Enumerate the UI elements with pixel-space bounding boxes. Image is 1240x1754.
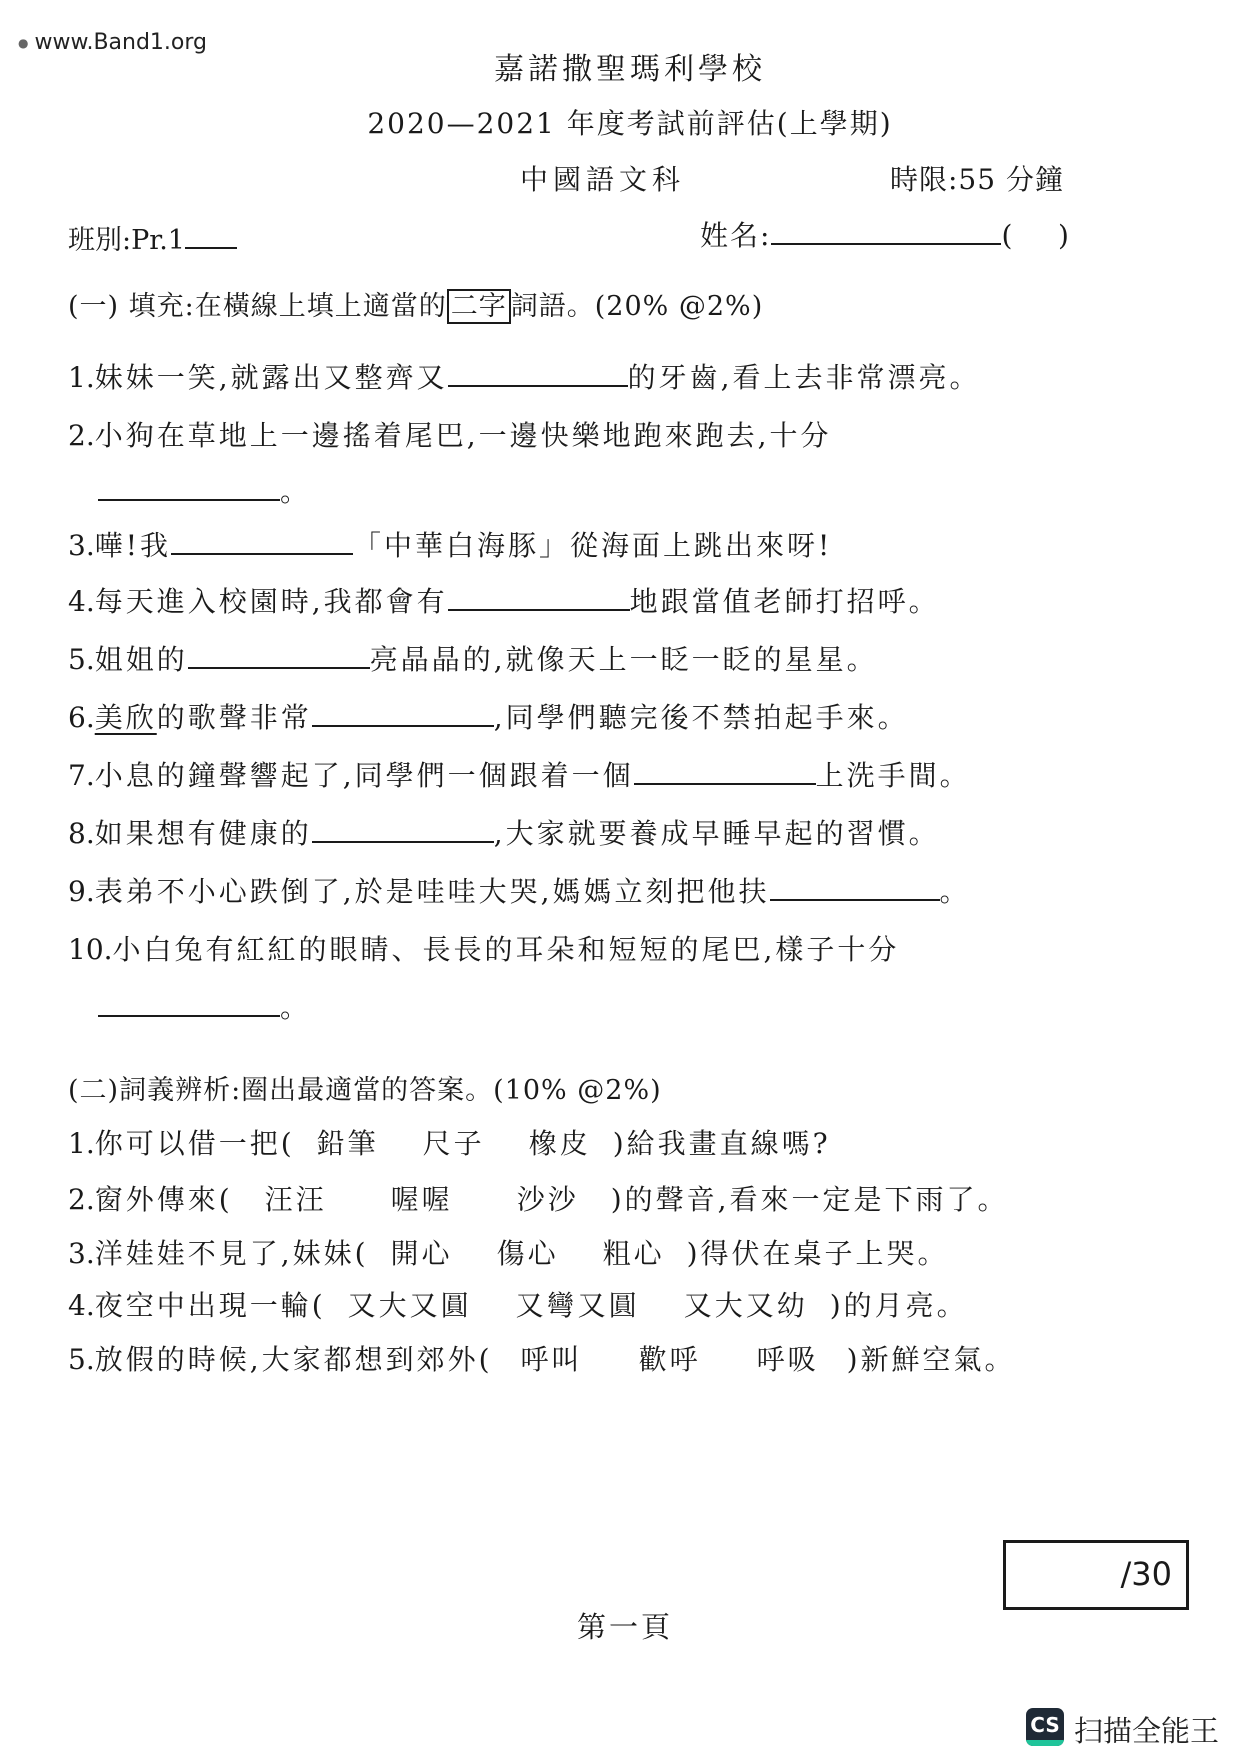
class-blank[interactable] [185, 223, 237, 249]
option-2[interactable]: 尺子 [423, 1122, 485, 1162]
question-number: 9. [68, 875, 95, 908]
fill-question-8: 8.如果想有健康的,大家就要養成早睡早起的習慣。 [68, 812, 940, 852]
question-text: 洋娃娃不見了,妹妹( [95, 1237, 369, 1270]
question-number: 5. [68, 1343, 95, 1376]
fill-question-1: 1.妹妹一笑,就露出又整齊又的牙齒,看上去非常漂亮。 [68, 356, 981, 396]
question-number: 10. [68, 933, 113, 966]
question-text: )新鮮空氣。 [847, 1343, 1016, 1376]
choice-question-1: 1.你可以借一把(鉛筆尺子橡皮)給我畫直線嗎? [68, 1122, 831, 1162]
answer-blank[interactable] [634, 759, 816, 785]
question-text: )的月亮。 [830, 1289, 968, 1322]
question-number: 2. [68, 419, 95, 452]
question-text: )得伏在桌子上哭。 [687, 1237, 949, 1270]
question-text: 表弟不小心跌倒了,於是哇哇大哭,媽媽立刻把他扶 [95, 875, 770, 908]
exam-title: 2020—2021 年度考試前評估(上學期) [0, 102, 1240, 142]
question-text: 夜空中出現一輪( [95, 1289, 326, 1322]
question-number: 2. [68, 1183, 95, 1216]
question-number: 4. [68, 1289, 95, 1322]
subject-title: 中國語文科 [520, 158, 685, 198]
question-number: 5. [68, 643, 95, 676]
answer-blank[interactable] [171, 529, 353, 555]
question-text: 小白兔有紅紅的眼睛、長長的耳朵和短短的尾巴,樣子十分 [113, 933, 900, 966]
choice-question-5: 5.放假的時候,大家都想到郊外(呼叫歡呼呼吸)新鮮空氣。 [68, 1338, 1016, 1378]
question-text: 姐姐的 [95, 643, 188, 676]
camscanner-logo-icon: CS [1026, 1708, 1064, 1746]
camscanner-label: 扫描全能王 [1074, 1709, 1219, 1750]
choice-question-3: 3.洋娃娃不見了,妹妹(開心傷心粗心)得伏在桌子上哭。 [68, 1232, 949, 1272]
option-1[interactable]: 又大又圓 [348, 1284, 472, 1324]
question-text: )的聲音,看來一定是下雨了。 [611, 1183, 1009, 1216]
section1-heading-suffix: 詞語。(20% @2%) [511, 291, 764, 322]
question-text: 小息的鐘聲響起了,同學們一個跟着一個 [95, 759, 634, 792]
score-total: /30 [1121, 1555, 1173, 1593]
question-text: 如果想有健康的 [95, 817, 312, 850]
question-text: 上洗手間。 [816, 759, 971, 792]
option-2[interactable]: 歡呼 [639, 1338, 701, 1378]
question-number: 4. [68, 585, 95, 618]
section2-heading: (二)詞義辨析:圈出最適當的答案。(10% @2%) [68, 1068, 662, 1107]
answer-blank[interactable] [448, 585, 630, 611]
question-text: 窗外傳來( [95, 1183, 233, 1216]
fill-question-4: 4.每天進入校園時,我都會有地跟當值老師打招呼。 [68, 580, 940, 620]
option-3[interactable]: 呼吸 [757, 1338, 819, 1378]
option-2[interactable]: 又彎又圓 [516, 1284, 640, 1324]
question-text: 的歌聲非常 [157, 701, 312, 734]
option-3[interactable]: 粗心 [603, 1232, 665, 1272]
question-text: 每天進入校園時,我都會有 [95, 585, 448, 618]
fill-question-3: 3.嘩!我「中華白海豚」從海面上跳出來呀! [68, 524, 832, 564]
section1-heading-prefix: (一) 填充:在橫線上填上適當的 [68, 291, 447, 322]
answer-blank[interactable] [312, 817, 494, 843]
question-number: 7. [68, 759, 95, 792]
question-text: ,同學們聽完後不禁拍起手來。 [494, 701, 909, 734]
question-number: 3. [68, 529, 95, 562]
question-text: 。 [940, 875, 971, 908]
option-1[interactable]: 呼叫 [521, 1338, 583, 1378]
question-text: ,大家就要養成早睡早起的習慣。 [494, 817, 940, 850]
time-limit: 時限:55 分鐘 [890, 158, 1064, 198]
fill-question-6: 6.美欣的歌聲非常,同學們聽完後不禁拍起手來。 [68, 696, 909, 736]
answer-blank[interactable] [448, 361, 628, 387]
question-text: 你可以借一把( [95, 1127, 295, 1160]
option-1[interactable]: 開心 [391, 1232, 453, 1272]
question-text: 。 [280, 991, 311, 1024]
section1-heading: (一) 填充:在橫線上填上適當的二字詞語。(20% @2%) [68, 284, 763, 323]
question-text: )給我畫直線嗎? [613, 1127, 831, 1160]
name-label: 姓名: [700, 219, 771, 252]
question-text: 地跟當值老師打招呼。 [630, 585, 940, 618]
fill-question-2-blank-line: 。 [98, 470, 311, 510]
choice-question-4: 4.夜空中出現一輪(又大又圓又彎又圓又大又幼)的月亮。 [68, 1284, 968, 1324]
class-label: 班別:Pr.1 [68, 225, 185, 256]
answer-blank[interactable] [188, 643, 370, 669]
fill-question-5: 5.姐姐的亮晶晶的,就像天上一眨一眨的星星。 [68, 638, 878, 678]
fill-question-10: 10.小白兔有紅紅的眼睛、長長的耳朵和短短的尾巴,樣子十分 [68, 928, 899, 968]
school-name: 嘉諾撒聖瑪利學校 [0, 44, 1240, 88]
name-blank[interactable] [771, 219, 1001, 245]
question-text: 亮晶晶的,就像天上一眨一眨的星星。 [370, 643, 878, 676]
question-text: 「中華白海豚」從海面上跳出來呀! [353, 529, 832, 562]
answer-blank[interactable] [312, 701, 494, 727]
answer-blank[interactable] [770, 875, 940, 901]
section1-heading-boxed: 二字 [447, 289, 511, 324]
score-box[interactable]: /30 [1003, 1540, 1189, 1610]
question-text: 妹妹一笑,就露出又整齊又 [95, 361, 448, 394]
option-2[interactable]: 傷心 [497, 1232, 559, 1272]
question-number: 1. [68, 361, 95, 394]
question-text: 的牙齒,看上去非常漂亮。 [628, 361, 981, 394]
answer-blank[interactable] [98, 991, 280, 1017]
question-text: 小狗在草地上一邊搖着尾巴,一邊快樂地跑來跑去,十分 [95, 419, 832, 452]
option-3[interactable]: 沙沙 [517, 1178, 579, 1218]
fill-question-2: 2.小狗在草地上一邊搖着尾巴,一邊快樂地跑來跑去,十分 [68, 414, 832, 454]
page-number: 第一頁 [0, 1605, 1240, 1646]
question-text: 嘩!我 [95, 529, 171, 562]
name-field: 姓名:( ) [700, 214, 1071, 254]
fill-question-10-blank-line: 。 [98, 986, 311, 1026]
class-number-brackets[interactable]: ( ) [1001, 219, 1070, 252]
question-number: 1. [68, 1127, 95, 1160]
option-3[interactable]: 橡皮 [529, 1122, 591, 1162]
question-text: 放假的時候,大家都想到郊外( [95, 1343, 493, 1376]
option-2[interactable]: 喔喔 [391, 1178, 453, 1218]
fill-question-9: 9.表弟不小心跌倒了,於是哇哇大哭,媽媽立刻把他扶。 [68, 870, 971, 910]
option-1[interactable]: 汪汪 [265, 1178, 327, 1218]
proper-noun-underlined: 美欣 [95, 701, 157, 734]
question-text: 。 [280, 475, 311, 508]
question-number: 6. [68, 701, 95, 734]
class-field: 班別:Pr.1 [68, 218, 237, 257]
question-number: 3. [68, 1237, 95, 1270]
answer-blank[interactable] [98, 475, 280, 501]
option-3[interactable]: 又大又幼 [684, 1284, 808, 1324]
question-number: 8. [68, 817, 95, 850]
option-1[interactable]: 鉛筆 [317, 1122, 379, 1162]
fill-question-7: 7.小息的鐘聲響起了,同學們一個跟着一個上洗手間。 [68, 754, 971, 794]
choice-question-2: 2.窗外傳來(汪汪喔喔沙沙)的聲音,看來一定是下雨了。 [68, 1178, 1009, 1218]
